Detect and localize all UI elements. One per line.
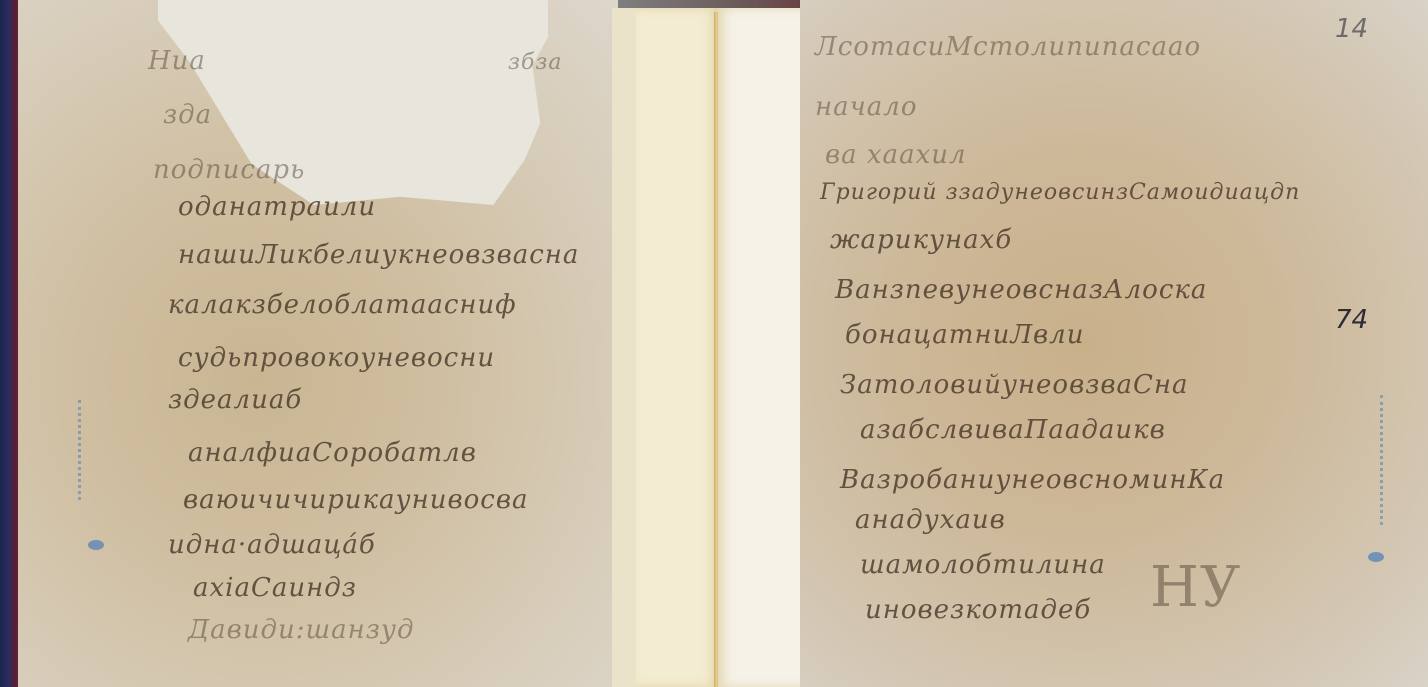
handwritten-line: ваюичичирикаунивосва	[183, 485, 528, 515]
handwritten-line: нашиЛикбелиукнеовзвасна	[178, 240, 579, 270]
handwritten-line: Ниа	[148, 46, 206, 76]
handwritten-line: подписарь	[153, 155, 305, 185]
folio-number-top: 14	[1335, 14, 1368, 44]
handwritten-line: жарикунахб	[830, 225, 1012, 255]
right-page: ЛсотасиМстолипипасаао начало ва хаахил Г…	[800, 0, 1428, 687]
monogram: НУ	[1150, 555, 1241, 620]
blue-ink-mark	[88, 540, 104, 550]
handwritten-line: анадухаив	[855, 505, 1006, 535]
handwritten-line: оданатраили	[178, 192, 376, 222]
handwritten-line: аналфиаСоробатлв	[188, 438, 477, 468]
handwritten-line: ВанзпевунеовсназАлоска	[835, 275, 1207, 305]
handwritten-line: ва хаахил	[825, 140, 967, 170]
handwritten-line: идна·адшаца́б	[168, 530, 376, 560]
handwritten-line: зда	[163, 100, 212, 130]
handwritten-line: Григорий ззадунеовсинзСамоидиацдп	[820, 180, 1300, 205]
folio-number-margin: 74	[1335, 305, 1368, 335]
handwritten-line: Давиди:шанзуд	[188, 615, 415, 645]
manuscript-photo: Ниа зда збза подписарь оданатраили нашиЛ…	[0, 0, 1428, 687]
handwritten-line: здеалиаб	[168, 385, 302, 415]
library-stamp	[1380, 395, 1397, 525]
handwritten-line: бонацатниЛвли	[845, 320, 1084, 350]
handwritten-line: иновезкотадеб	[865, 595, 1091, 625]
handwritten-line: ВазробаниунеовсноминКа	[840, 465, 1225, 495]
handwritten-line: axiaСаиндз	[193, 573, 357, 603]
handwritten-line: судьпровокоуневосни	[178, 343, 495, 373]
handwritten-line: ЛсотасиМстолипипасаао	[815, 32, 1201, 62]
library-stamp	[78, 400, 95, 500]
handwritten-line: начало	[815, 92, 918, 122]
left-page: Ниа зда збза подписарь оданатраили нашиЛ…	[18, 0, 618, 687]
handwritten-line: шамолобтилина	[860, 550, 1106, 580]
handwritten-line: ЗатоловийунеовзваСна	[840, 370, 1189, 400]
handwritten-line: калакзбелоблатаасниф	[168, 290, 517, 320]
blue-ink-mark	[1368, 552, 1384, 562]
handwritten-line: азабслвиваПаадаикв	[860, 415, 1166, 445]
insert-leaf	[636, 8, 718, 687]
handwritten-fragment: збза	[508, 50, 563, 75]
